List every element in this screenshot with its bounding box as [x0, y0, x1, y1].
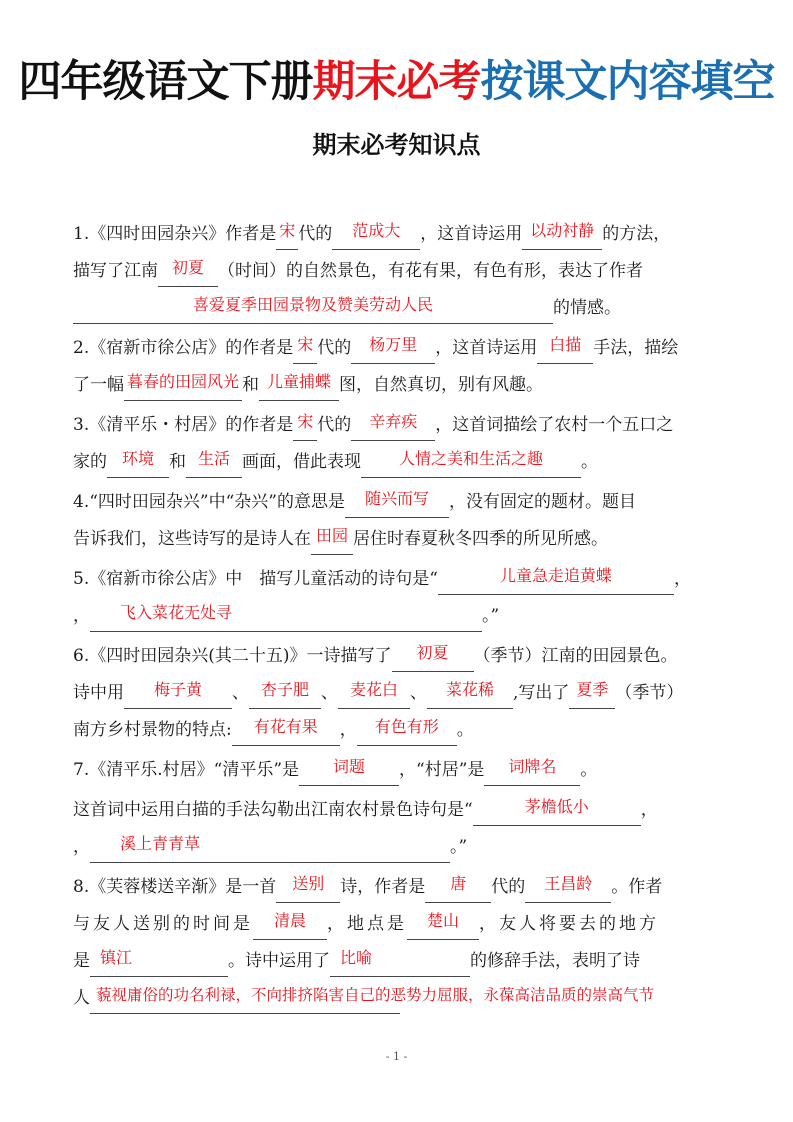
static-text: 诗中用 — [73, 683, 124, 703]
static-text: （时间）的自然景色，有花有果，有色有形，表达了作者 — [218, 261, 643, 281]
answer-text: 田园 — [316, 526, 348, 545]
answer-blank: 清晨 — [253, 913, 327, 940]
static-text: ，友人将要去的地方 — [479, 914, 659, 934]
q7-line1: 7.《清平乐.村居》“清平乐”是词题，“村居”是词牌名。 — [73, 752, 733, 789]
answer-blank: 镇江 — [90, 950, 228, 977]
answer-text: 镇江 — [90, 948, 132, 967]
answer-text: 杏子肥 — [261, 680, 309, 699]
static-text: 南方乡村景物的特点: — [73, 720, 232, 740]
static-text: 手法，描绘 — [593, 338, 678, 358]
answer-blank: 初夏 — [392, 645, 474, 672]
static-text: 描写了江南 — [73, 261, 158, 281]
answer-text: 儿童捕蝶 — [267, 372, 331, 391]
answer-blank: 楚山 — [407, 913, 479, 940]
question-list: 1.《四时田园杂兴》作者是宋代的范成大，这首诗运用以动衬静的方法， 描写了江南初… — [73, 216, 733, 1017]
title-part-fill: 按课文内容填空 — [481, 57, 775, 107]
answer-text: 词牌名 — [508, 757, 556, 776]
answer-text: 随兴而写 — [365, 489, 429, 508]
answer-text: 宋 — [297, 412, 313, 431]
static-text: ，没有固定的题材。题目 — [449, 492, 636, 512]
q6-line1: 6.《四时田园杂兴(其二十五)》一诗描写了初夏（季节）江南的田园景色。 — [73, 638, 733, 675]
static-text: 图，自然真切，别有风趣。 — [339, 375, 543, 395]
static-text: 的情感。 — [553, 298, 621, 318]
q4-line1: 4.“四时田园杂兴”中“杂兴”的意思是随兴而写，没有固定的题材。题目 — [73, 484, 733, 521]
q7-number: 7. — [73, 760, 89, 780]
answer-blank: 菜花稀 — [427, 682, 513, 709]
answer-blank: 环境 — [107, 451, 169, 478]
static-text: 的修辞手法，表明了诗 — [470, 951, 640, 971]
answer-text: 辛弃疾 — [369, 412, 417, 431]
answer-blank: 杨万里 — [351, 337, 435, 364]
static-text: ，这首诗运用 — [420, 224, 522, 244]
static-text: ， — [73, 606, 90, 626]
title-part-grade: 四年级语文下册 — [19, 57, 313, 107]
q3-number: 3. — [73, 415, 89, 435]
static-text: 和 — [242, 375, 259, 395]
page-number: - 1 - — [0, 1050, 793, 1063]
q1-line3: 喜爱夏季田园景物及赞美劳动人民的情感。 — [73, 290, 733, 327]
answer-text: 环境 — [122, 449, 154, 468]
static-text: 《芙蓉楼送辛渐》是一首 — [89, 877, 276, 897]
answer-text: 梅子黄 — [154, 680, 202, 699]
static-text: 诗，作者是 — [340, 877, 425, 897]
q4-number: 4. — [73, 492, 89, 512]
static-text: 《清平乐・村居》的作者是 — [89, 415, 293, 435]
answer-text: 暮春的田园风光 — [127, 372, 239, 391]
static-text: “四时田园杂兴”中“杂兴”的意思是 — [89, 492, 345, 512]
static-text: 。” — [450, 837, 467, 857]
static-text: ， — [641, 800, 658, 820]
q8-line3: 是镇江。诗中运用了比喻的修辞手法，表明了诗 — [73, 943, 733, 980]
q3-line2: 家的环境和生活画面，借此表现人情之美和生活之趣。 — [73, 444, 733, 481]
static-text: ，地点是 — [327, 914, 407, 934]
static-text: 。 — [580, 760, 597, 780]
answer-blank: 暮春的田园风光 — [124, 374, 242, 401]
answer-text: 有花有果 — [254, 717, 318, 736]
static-text: 《四时田园杂兴》作者是 — [89, 224, 276, 244]
answer-text: 初夏 — [416, 643, 448, 662]
answer-text: 送别 — [292, 874, 324, 893]
answer-blank: 范成大 — [332, 223, 420, 250]
q8-line1: 8.《芙蓉楼送辛渐》是一首送别诗，作者是唐代的王昌龄。作者 — [73, 869, 733, 906]
static-text: 《宿新市徐公店》的作者是 — [89, 338, 293, 358]
static-text: 。 — [457, 720, 474, 740]
q4-line2: 告诉我们，这些诗写的是诗人在田园居住时春夏秋冬四季的所见所感。 — [73, 521, 733, 558]
q5-line2: ，飞入菜花无处寻。” — [73, 598, 733, 635]
answer-text: 有色有形 — [375, 717, 439, 736]
answer-blank: 宋 — [276, 223, 298, 250]
answer-blank: 飞入菜花无处寻 — [90, 605, 482, 632]
static-text: 《宿新市徐公店》中 描写儿童活动的诗句是“ — [89, 569, 438, 589]
answer-text: 宋 — [279, 221, 295, 240]
answer-blank: 初夏 — [158, 260, 218, 287]
static-text: 、 — [410, 683, 427, 703]
answer-blank: 人情之美和生活之趣 — [361, 451, 581, 478]
static-text: 、 — [321, 683, 338, 703]
answer-blank: 藐视庸俗的功名利禄，不向排挤陷害自己的恶势力屈服，永葆高洁品质的崇高气节 — [90, 987, 400, 1014]
static-text: 《四时田园杂兴(其二十五)》一诗描写了 — [89, 646, 391, 666]
static-text: ， — [674, 569, 691, 589]
answer-blank: 溪上青青草 — [90, 836, 450, 863]
answer-blank: 宋 — [293, 414, 317, 441]
answer-text: 菜花稀 — [446, 680, 494, 699]
q8-number: 8. — [73, 877, 89, 897]
answer-text: 比喻 — [330, 948, 372, 967]
q5-line1: 5.《宿新市徐公店》中 描写儿童活动的诗句是“儿童急走追黄蝶， — [73, 561, 733, 598]
answer-blank: 送别 — [276, 876, 340, 903]
q1-number: 1. — [73, 224, 89, 244]
answer-blank: 比喻 — [330, 950, 470, 977]
answer-blank: 白描 — [537, 337, 593, 364]
answer-blank: 王昌龄 — [525, 876, 611, 903]
answer-blank: 词牌名 — [484, 759, 580, 786]
answer-blank: 唐 — [425, 876, 491, 903]
static-text: 代的 — [317, 338, 351, 358]
answer-blank: 喜爱夏季田园景物及赞美劳动人民 — [73, 297, 553, 324]
answer-text: 范成大 — [352, 221, 400, 240]
static-text: 。作者 — [611, 877, 662, 897]
answer-text: 杨万里 — [369, 335, 417, 354]
answer-blank: 田园 — [311, 528, 353, 555]
static-text: 代的 — [317, 415, 351, 435]
static-text: 。诗中运用了 — [228, 951, 330, 971]
answer-blank: 随兴而写 — [345, 491, 449, 518]
answer-text: 生活 — [198, 449, 230, 468]
document-subtitle: 期末必考知识点 — [0, 128, 793, 162]
static-text: 画面，借此表现 — [242, 452, 361, 472]
answer-blank: 茅檐低小 — [473, 799, 641, 826]
answer-text: 以动衬静 — [530, 221, 594, 240]
q6-line3: 南方乡村景物的特点:有花有果，有色有形。 — [73, 712, 733, 749]
answer-blank: 有色有形 — [357, 719, 457, 746]
q6-line2: 诗中用梅子黄、杏子肥、麦花白、菜花稀,写出了夏季（季节） — [73, 675, 733, 712]
static-text: （季节） — [615, 683, 683, 703]
static-text: ， — [73, 837, 90, 857]
answer-blank: 梅子黄 — [124, 682, 232, 709]
answer-text: 藐视庸俗的功名利禄，不向排挤陷害自己的恶势力屈服，永葆高洁品质的崇高气节 — [90, 986, 654, 1004]
answer-blank: 宋 — [293, 337, 317, 364]
document-title: 四年级语文下册期末必考按课文内容填空 — [0, 52, 793, 112]
q7-line3: ，溪上青青草。” — [73, 829, 733, 866]
answer-text: 夏季 — [576, 680, 608, 699]
q5-number: 5. — [73, 569, 89, 589]
q1-line2: 描写了江南初夏（时间）的自然景色，有花有果，有色有形，表达了作者 — [73, 253, 733, 290]
q7-line2: 这首词中运用白描的手法勾勒出江南农村景色诗句是“茅檐低小， — [73, 792, 733, 829]
static-text: 。” — [482, 606, 499, 626]
static-text: （季节）江南的田园景色。 — [474, 646, 678, 666]
q3-line1: 3.《清平乐・村居》的作者是宋代的辛弃疾，这首词描绘了农村一个五口之 — [73, 407, 733, 444]
q2-number: 2. — [73, 338, 89, 358]
answer-blank: 儿童捕蝶 — [259, 374, 339, 401]
answer-blank: 夏季 — [569, 682, 615, 709]
answer-text: 茅檐低小 — [525, 797, 589, 816]
answer-blank: 儿童急走追黄蝶 — [438, 568, 674, 595]
q6-number: 6. — [73, 646, 89, 666]
answer-text: 飞入菜花无处寻 — [90, 603, 232, 622]
q2-line2: 了一幅暮春的田园风光和儿童捕蝶图，自然真切，别有风趣。 — [73, 367, 733, 404]
answer-blank: 辛弃疾 — [351, 414, 435, 441]
static-text: 居住时春夏秋冬四季的所见所感。 — [353, 529, 608, 549]
answer-blank: 词题 — [299, 759, 399, 786]
answer-text: 词题 — [333, 757, 365, 776]
answer-blank: 杏子肥 — [249, 682, 321, 709]
answer-text: 初夏 — [172, 258, 204, 277]
q1-line1: 1.《四时田园杂兴》作者是宋代的范成大，这首诗运用以动衬静的方法， — [73, 216, 733, 253]
q8-line2: 与友人送别的时间是清晨，地点是楚山，友人将要去的地方 — [73, 906, 733, 943]
static-text: 是 — [73, 951, 90, 971]
answer-text: 喜爱夏季田园景物及赞美劳动人民 — [193, 295, 433, 314]
answer-blank: 有花有果 — [232, 719, 340, 746]
answer-text: 唐 — [450, 874, 466, 893]
static-text: ,写出了 — [513, 683, 569, 703]
answer-text: 清晨 — [274, 911, 306, 930]
static-text: 《清平乐.村居》“清平乐”是 — [89, 760, 299, 780]
answer-text: 麦花白 — [350, 680, 398, 699]
title-part-exam: 期末必考 — [313, 57, 481, 107]
answer-blank: 生活 — [186, 451, 242, 478]
answer-blank: 以动衬静 — [522, 223, 602, 250]
answer-text: 儿童急走追黄蝶 — [500, 566, 612, 585]
static-text: 和 — [169, 452, 186, 472]
q8-line4: 人藐视庸俗的功名利禄，不向排挤陷害自己的恶势力屈服，永葆高洁品质的崇高气节 — [73, 980, 733, 1017]
static-text: 、 — [232, 683, 249, 703]
static-text: 家的 — [73, 452, 107, 472]
static-text: ，“村居”是 — [399, 760, 484, 780]
static-text: 这首词中运用白描的手法勾勒出江南农村景色诗句是“ — [73, 800, 473, 820]
static-text: ， — [340, 720, 357, 740]
answer-text: 人情之美和生活之趣 — [399, 449, 543, 468]
answer-text: 楚山 — [427, 911, 459, 930]
answer-blank: 麦花白 — [338, 682, 410, 709]
answer-text: 宋 — [297, 335, 313, 354]
static-text: 人 — [73, 988, 90, 1008]
q2-line1: 2.《宿新市徐公店》的作者是宋代的杨万里，这首诗运用白描手法，描绘 — [73, 330, 733, 367]
static-text: 。 — [581, 452, 598, 472]
answer-text: 王昌龄 — [544, 874, 592, 893]
answer-text: 溪上青青草 — [90, 834, 200, 853]
static-text: ，这首诗运用 — [435, 338, 537, 358]
static-text: 的方法， — [602, 224, 670, 244]
answer-text: 白描 — [549, 335, 581, 354]
static-text: 告诉我们，这些诗写的是诗人在 — [73, 529, 311, 549]
static-text: 代的 — [491, 877, 525, 897]
static-text: ，这首词描绘了农村一个五口之 — [435, 415, 673, 435]
static-text: 代的 — [298, 224, 332, 244]
static-text: 了一幅 — [73, 375, 124, 395]
static-text: 与友人送别的时间是 — [73, 914, 253, 934]
